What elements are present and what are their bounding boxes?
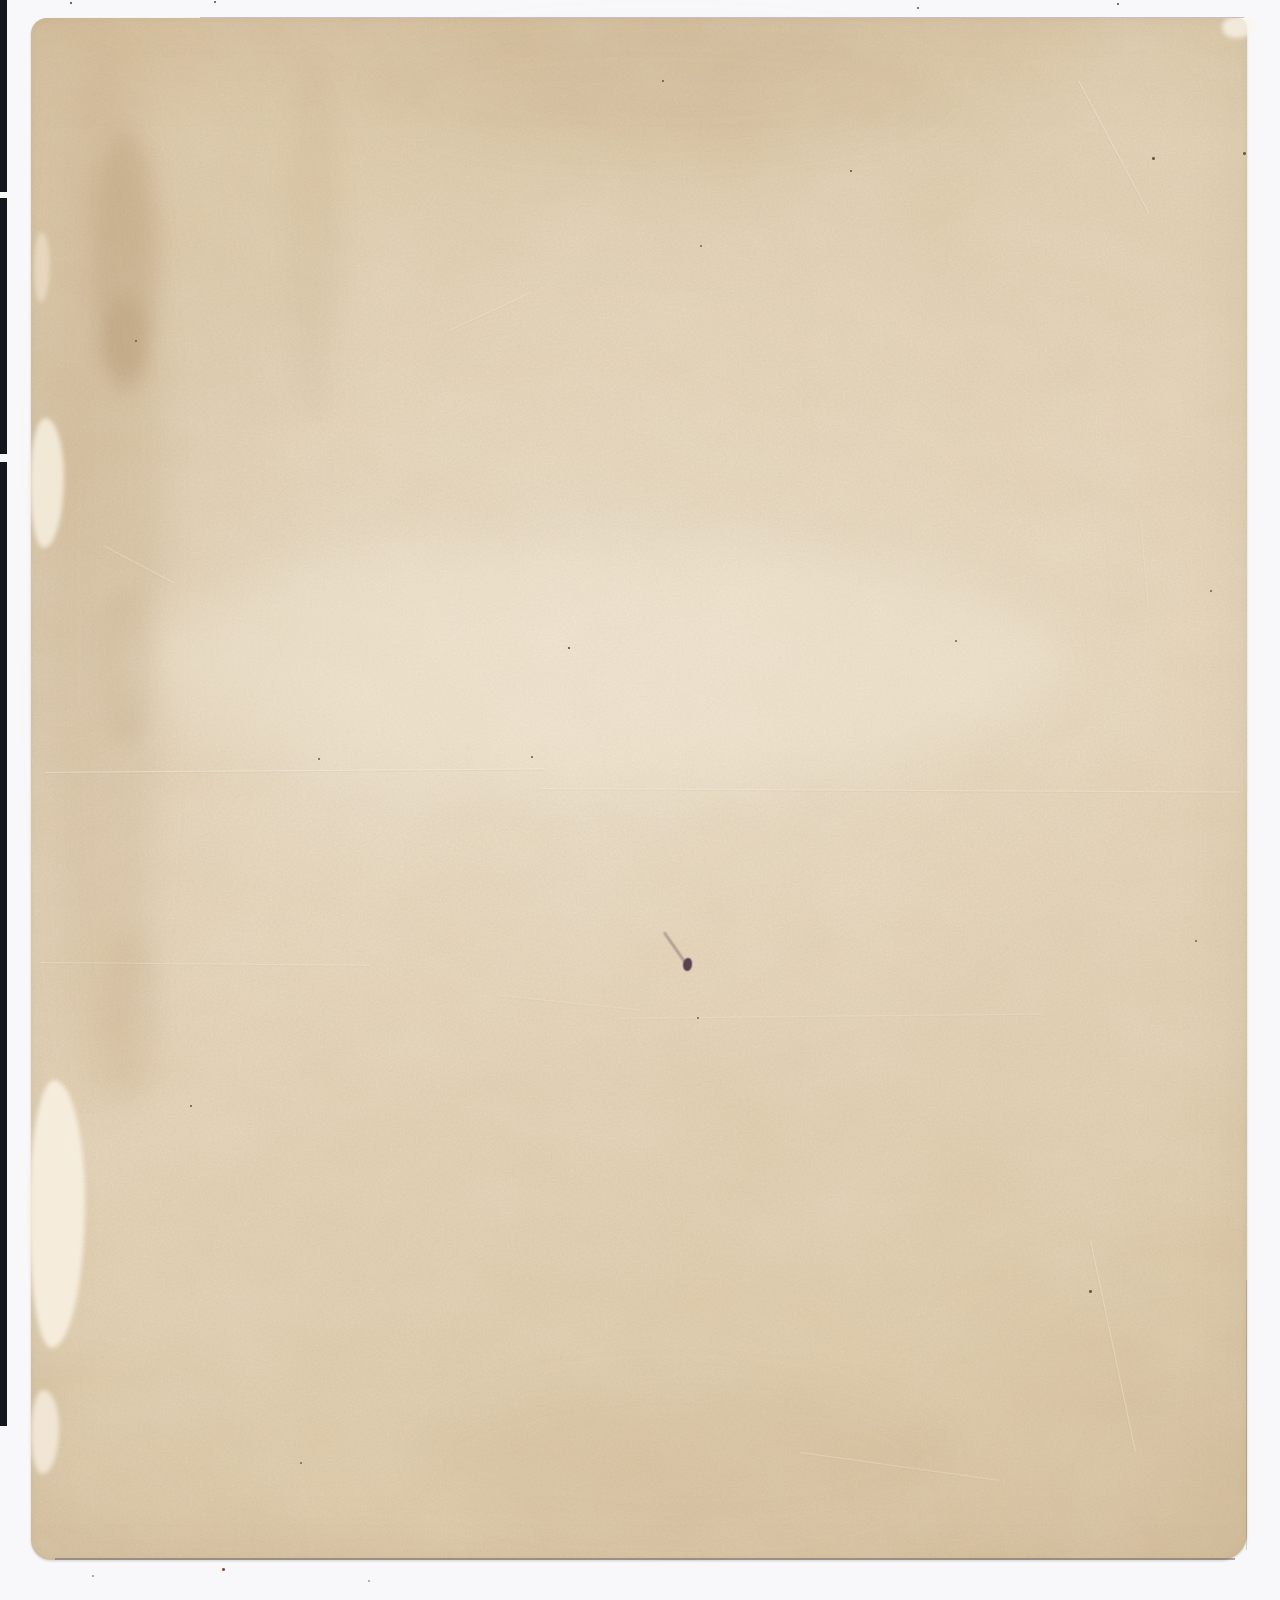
mid-fold-right: [540, 788, 1240, 794]
left-lower-smudge: [105, 930, 160, 1100]
dust-speck: [1117, 3, 1119, 5]
left-stain-band: [50, 45, 160, 1105]
mid-fold-left: [45, 769, 545, 774]
top-center-shade: [380, 30, 940, 150]
top-right-crease: [1077, 81, 1149, 214]
left-edge-scuff-small-upper: [34, 232, 50, 302]
center-light-band: [120, 540, 1070, 790]
left-mid-crease: [103, 545, 175, 584]
dust-speck: [92, 1575, 94, 1577]
dust-speck: [368, 1580, 370, 1582]
bottom-center-shade: [420, 1380, 940, 1530]
film-strip-segment: [0, 0, 7, 192]
dust-speck: [70, 2, 72, 4]
lower-right-wrinkle: [620, 1014, 1040, 1020]
film-strip-segment: [0, 462, 7, 1426]
paper-sheet: [31, 18, 1247, 1560]
dust-speck: [917, 7, 919, 9]
left-mid-smudge: [98, 590, 156, 740]
top-right-corner-chip: [1222, 16, 1256, 38]
left-upper-smudge: [100, 300, 150, 390]
left-edge-scuff-upper: [30, 418, 64, 548]
right-mid-crease: [1139, 521, 1149, 611]
film-strip-segment: [0, 198, 7, 454]
dust-speck: [214, 1, 216, 3]
bottom-right-crease: [1089, 1241, 1136, 1452]
paper-mottle-texture: [31, 18, 1247, 1560]
center-wrinkle: [500, 995, 639, 1012]
left-edge-scuff-lower: [31, 1390, 59, 1474]
dust-speck: [222, 1568, 225, 1571]
left-top-smudge: [92, 130, 158, 380]
top-center-crease: [450, 292, 532, 332]
vertical-streak: [285, 60, 340, 420]
lower-left-wrinkle: [40, 962, 370, 967]
scanner-bed: [0, 0, 1280, 1600]
bottom-center-crease: [800, 1452, 998, 1482]
left-edge-scuff-large: [29, 1080, 85, 1348]
